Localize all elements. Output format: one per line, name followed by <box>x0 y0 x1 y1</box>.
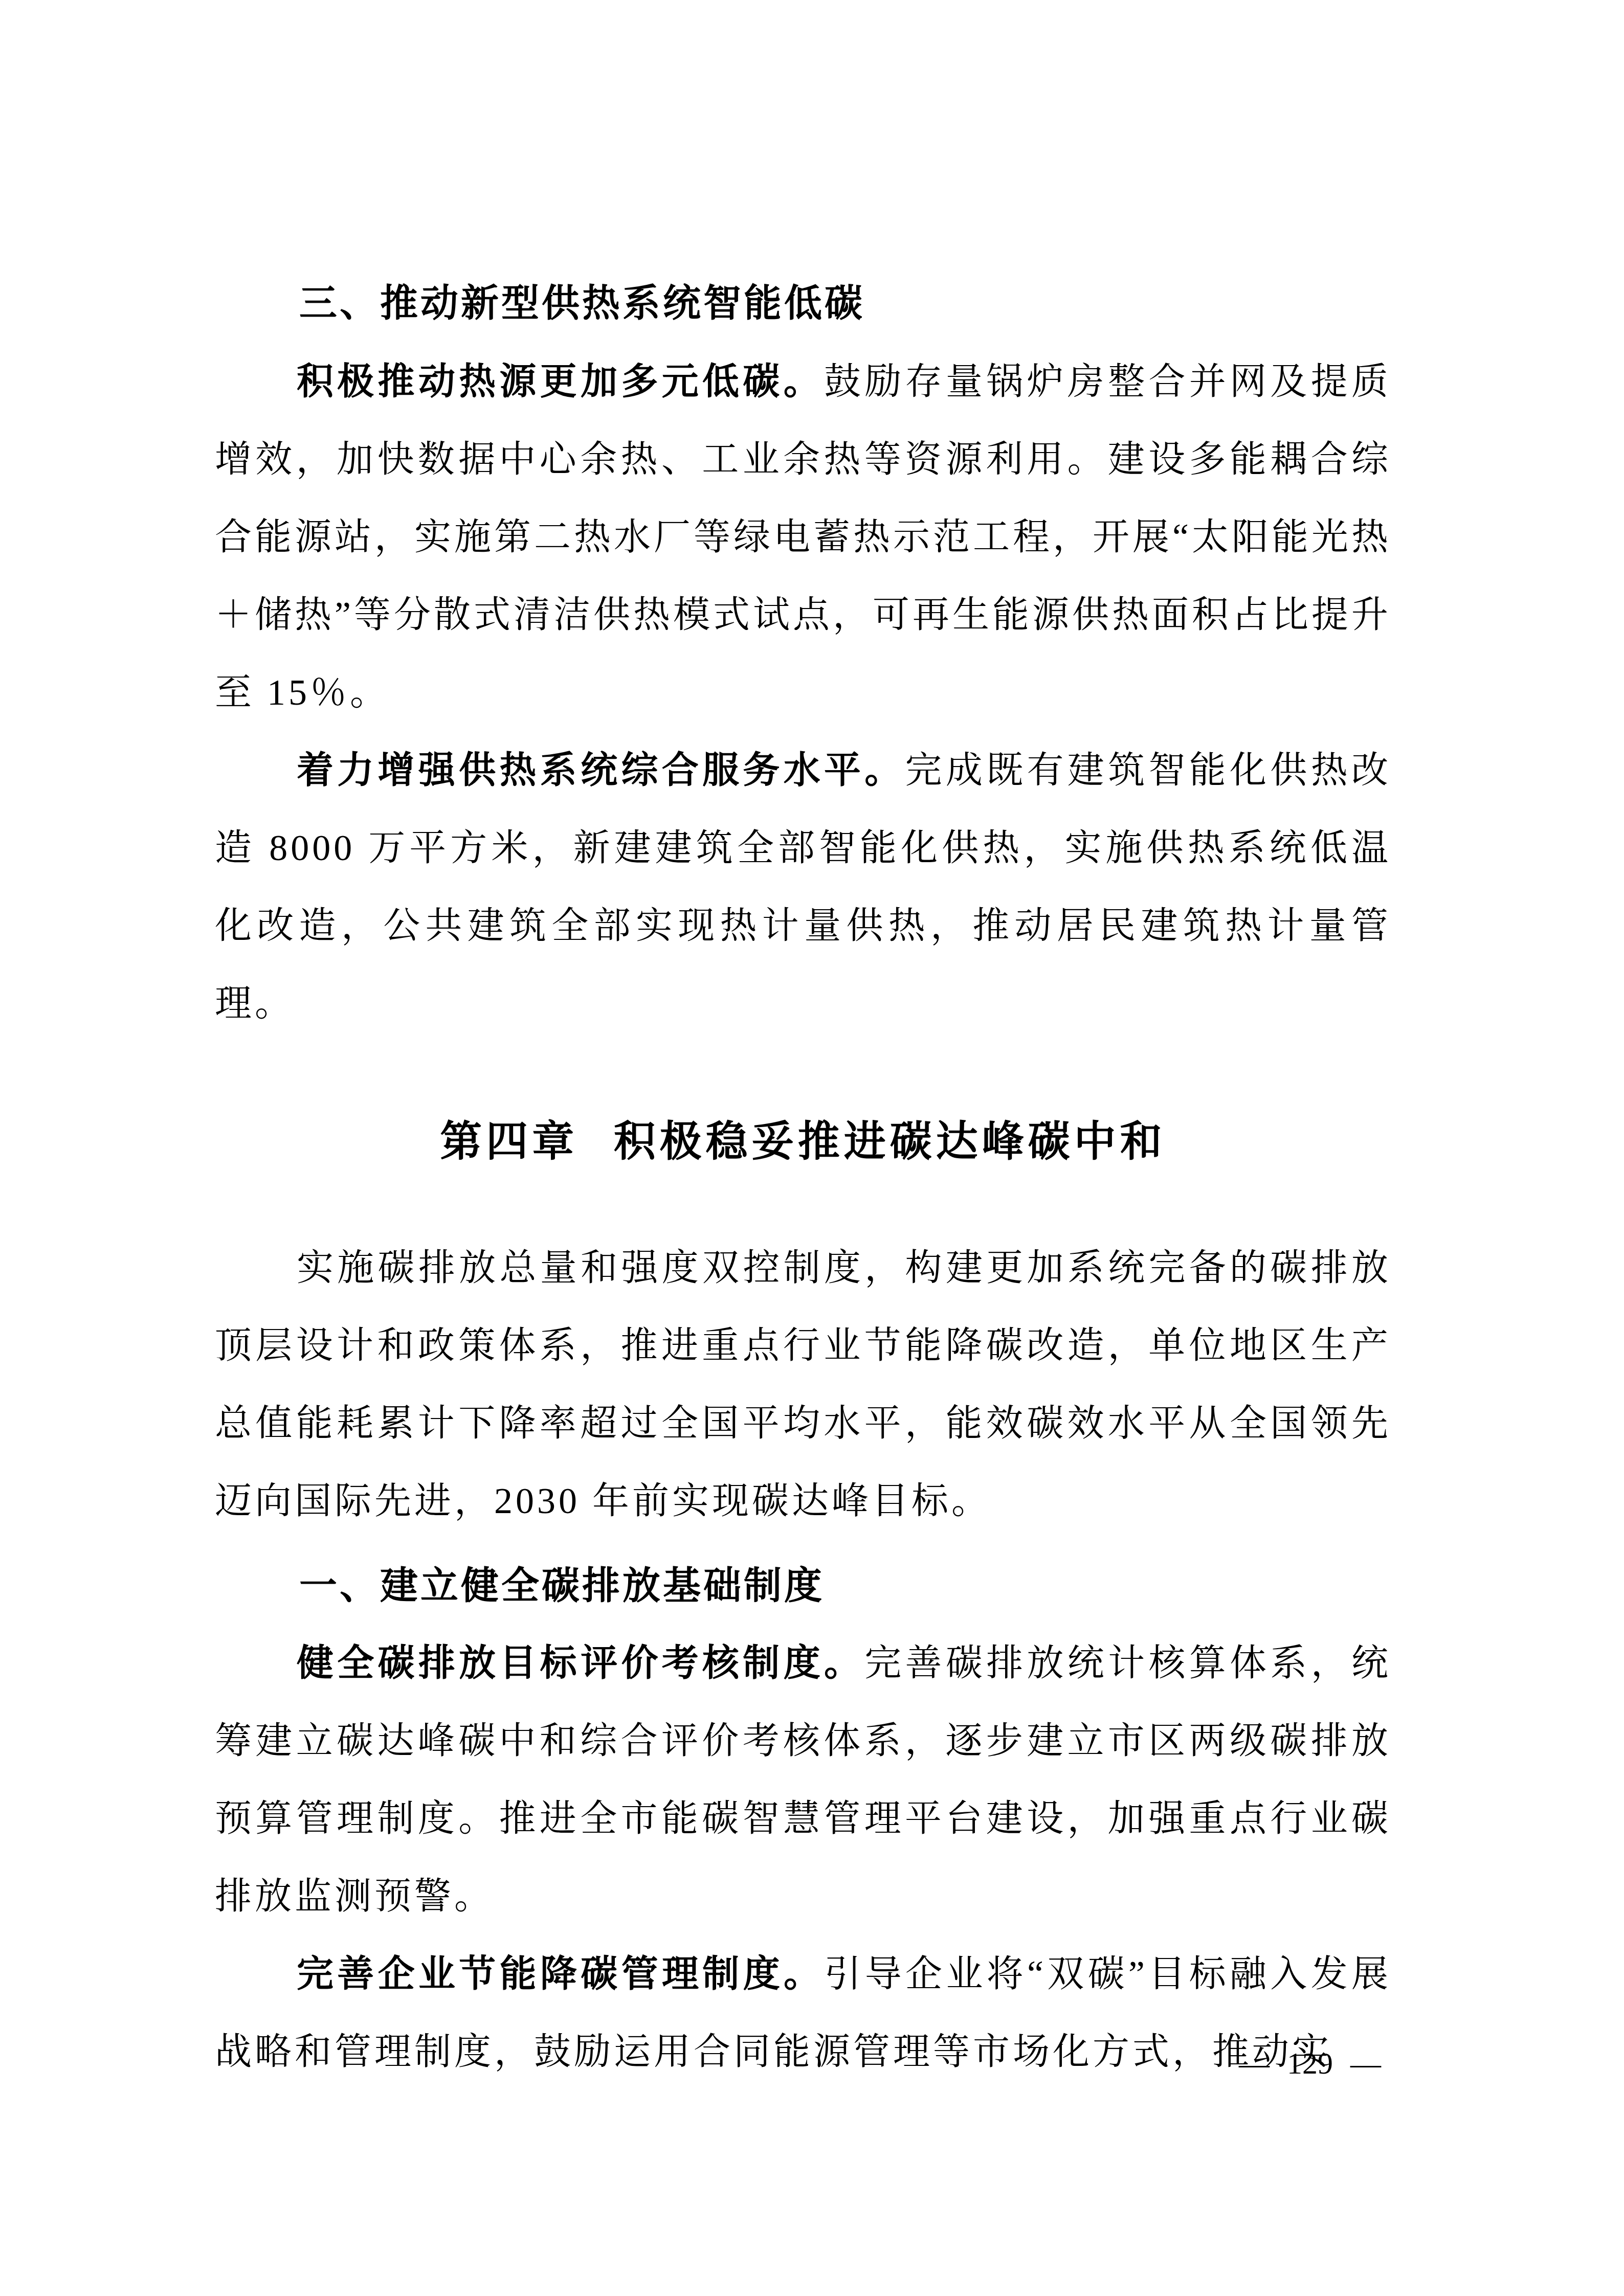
paragraph-carbon-intro: 实施碳排放总量和强度双控制度，构建更加系统完备的碳排放顶层设计和政策体系，推进重… <box>215 1229 1391 1540</box>
paragraph-body-text: 完善碳排放统计核算体系，统筹建立碳达峰碳中和综合评价考核体系，逐步建立市区两级碳… <box>215 1642 1391 1917</box>
paragraph-body-text: 实施碳排放总量和强度双控制度，构建更加系统完备的碳排放顶层设计和政策体系，推进重… <box>215 1247 1391 1521</box>
page-number-dash-right: — <box>1350 2043 1381 2084</box>
lead-sentence: 着力增强供热系统综合服务水平。 <box>297 750 905 791</box>
chapter-title: 积极稳妥推进碳达峰碳中和 <box>614 1118 1166 1165</box>
lead-sentence: 健全碳排放目标评价考核制度。 <box>297 1642 864 1683</box>
paragraph-heat-sources: 积极推动热源更加多元低碳。鼓励存量锅炉房整合并网及提质增效，加快数据中心余热、工… <box>215 343 1391 731</box>
lead-sentence: 积极推动热源更加多元低碳。 <box>297 361 824 402</box>
paragraph-body-text: 完成既有建筑智能化供热改造 8000 万平方米，新建建筑全部智能化供热，实施供热… <box>215 750 1391 1024</box>
section-heading-3: 三、推动新型供热系统智能低碳 <box>215 280 1391 326</box>
text-block: 三、推动新型供热系统智能低碳 积极推动热源更加多元低碳。鼓励存量锅炉房整合并网及… <box>215 280 1391 2090</box>
paragraph-enterprise-management: 完善企业节能降碳管理制度。引导企业将“双碳”目标融入发展战略和管理制度，鼓励运用… <box>215 1935 1391 2090</box>
section-heading-1: 一、建立健全碳排放基础制度 <box>215 1560 1391 1611</box>
paragraph-body-text: 鼓励存量锅炉房整合并网及提质增效，加快数据中心余热、工业余热等资源利用。建设多能… <box>215 361 1391 713</box>
paragraph-heating-service: 着力增强供热系统综合服务水平。完成既有建筑智能化供热改造 8000 万平方米，新… <box>215 731 1391 1042</box>
lead-sentence: 完善企业节能降碳管理制度。 <box>297 1953 824 1994</box>
page-number: —129— <box>1239 2043 1381 2084</box>
page-number-value: 129 <box>1287 2043 1333 2084</box>
chapter-heading-4: 第四章积极稳妥推进碳达峰碳中和 <box>215 1111 1391 1173</box>
scanned-document-page: 三、推动新型供热系统智能低碳 积极推动热源更加多元低碳。鼓励存量锅炉房整合并网及… <box>0 0 1624 2296</box>
chapter-number: 第四章 <box>440 1118 578 1165</box>
paragraph-carbon-assessment: 健全碳排放目标评价考核制度。完善碳排放统计核算体系，统筹建立碳达峰碳中和综合评价… <box>215 1624 1391 1935</box>
page-number-dash-left: — <box>1239 2043 1270 2084</box>
